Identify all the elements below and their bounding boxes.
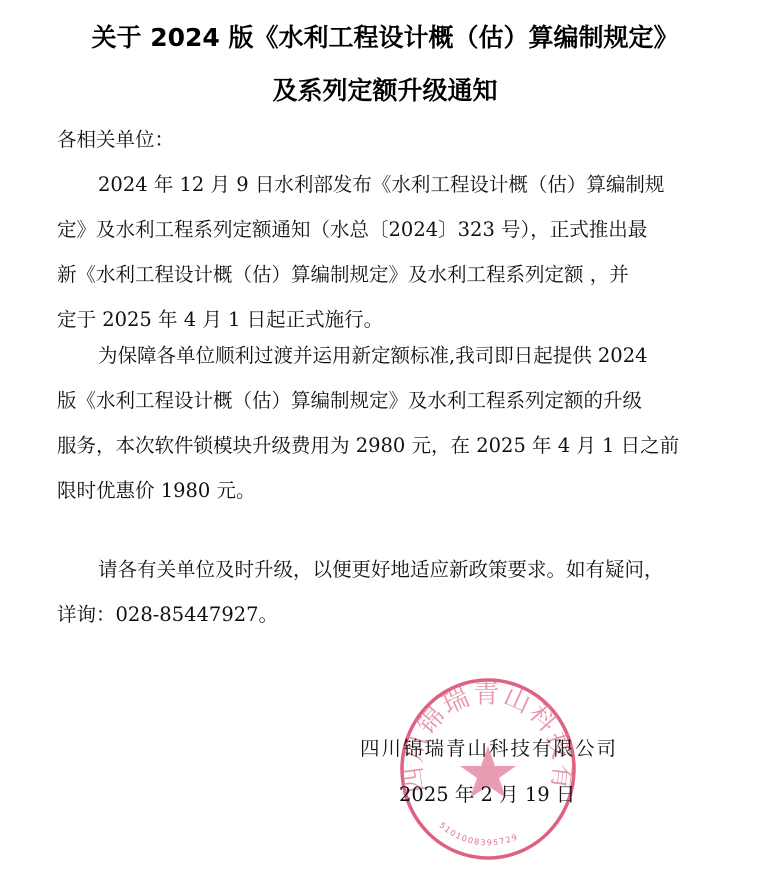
paragraph-3-line-2: 详询：028-85447927。 — [57, 599, 278, 627]
paragraph-2-line-3: 服务，本次软件锁模块升级费用为 2980 元，在 2025 年 4 月 1 日之… — [57, 430, 679, 458]
paragraph-2-line-1: 为保障各单位顺利过渡并运用新定额标准,我司即日起提供 2024 — [98, 340, 648, 368]
document-title-line-1: 关于 2024 版《水利工程设计概（估）算编制规定》 — [0, 18, 770, 54]
salutation: 各相关单位： — [57, 124, 174, 152]
paragraph-1-line-4: 定于 2025 年 4 月 1 日起正式施行。 — [57, 304, 383, 332]
paragraph-1-line-3: 新《水利工程设计概（估）算编制规定》及水利工程系列定额 ，并 — [57, 259, 629, 287]
paragraph-1-line-2: 定》及水利工程系列定额通知（水总〔2024〕323 号），正式推出最 — [57, 214, 647, 242]
company-seal-icon: 四川锦瑞青山科技有限公司 5101008395729 — [398, 676, 578, 862]
paragraph-1-line-1: 2024 年 12 月 9 日水利部发布《水利工程设计概（估）算编制规 — [98, 169, 664, 197]
paragraph-2-line-4: 限时优惠价 1980 元。 — [57, 475, 256, 503]
signature-date: 2025 年 2 月 19 日 — [399, 779, 575, 807]
paragraph-2-line-2: 版《水利工程设计概（估）算编制规定》及水利工程系列定额的升级 — [57, 385, 642, 413]
document-title-line-2: 及系列定额升级通知 — [0, 71, 770, 107]
paragraph-3-line-1: 请各有关单位及时升级，以便更好地适应新政策要求。如有疑问， — [98, 554, 664, 582]
svg-text:5101008395729: 5101008395729 — [438, 821, 520, 848]
signature-company: 四川锦瑞青山科技有限公司 — [360, 733, 618, 761]
